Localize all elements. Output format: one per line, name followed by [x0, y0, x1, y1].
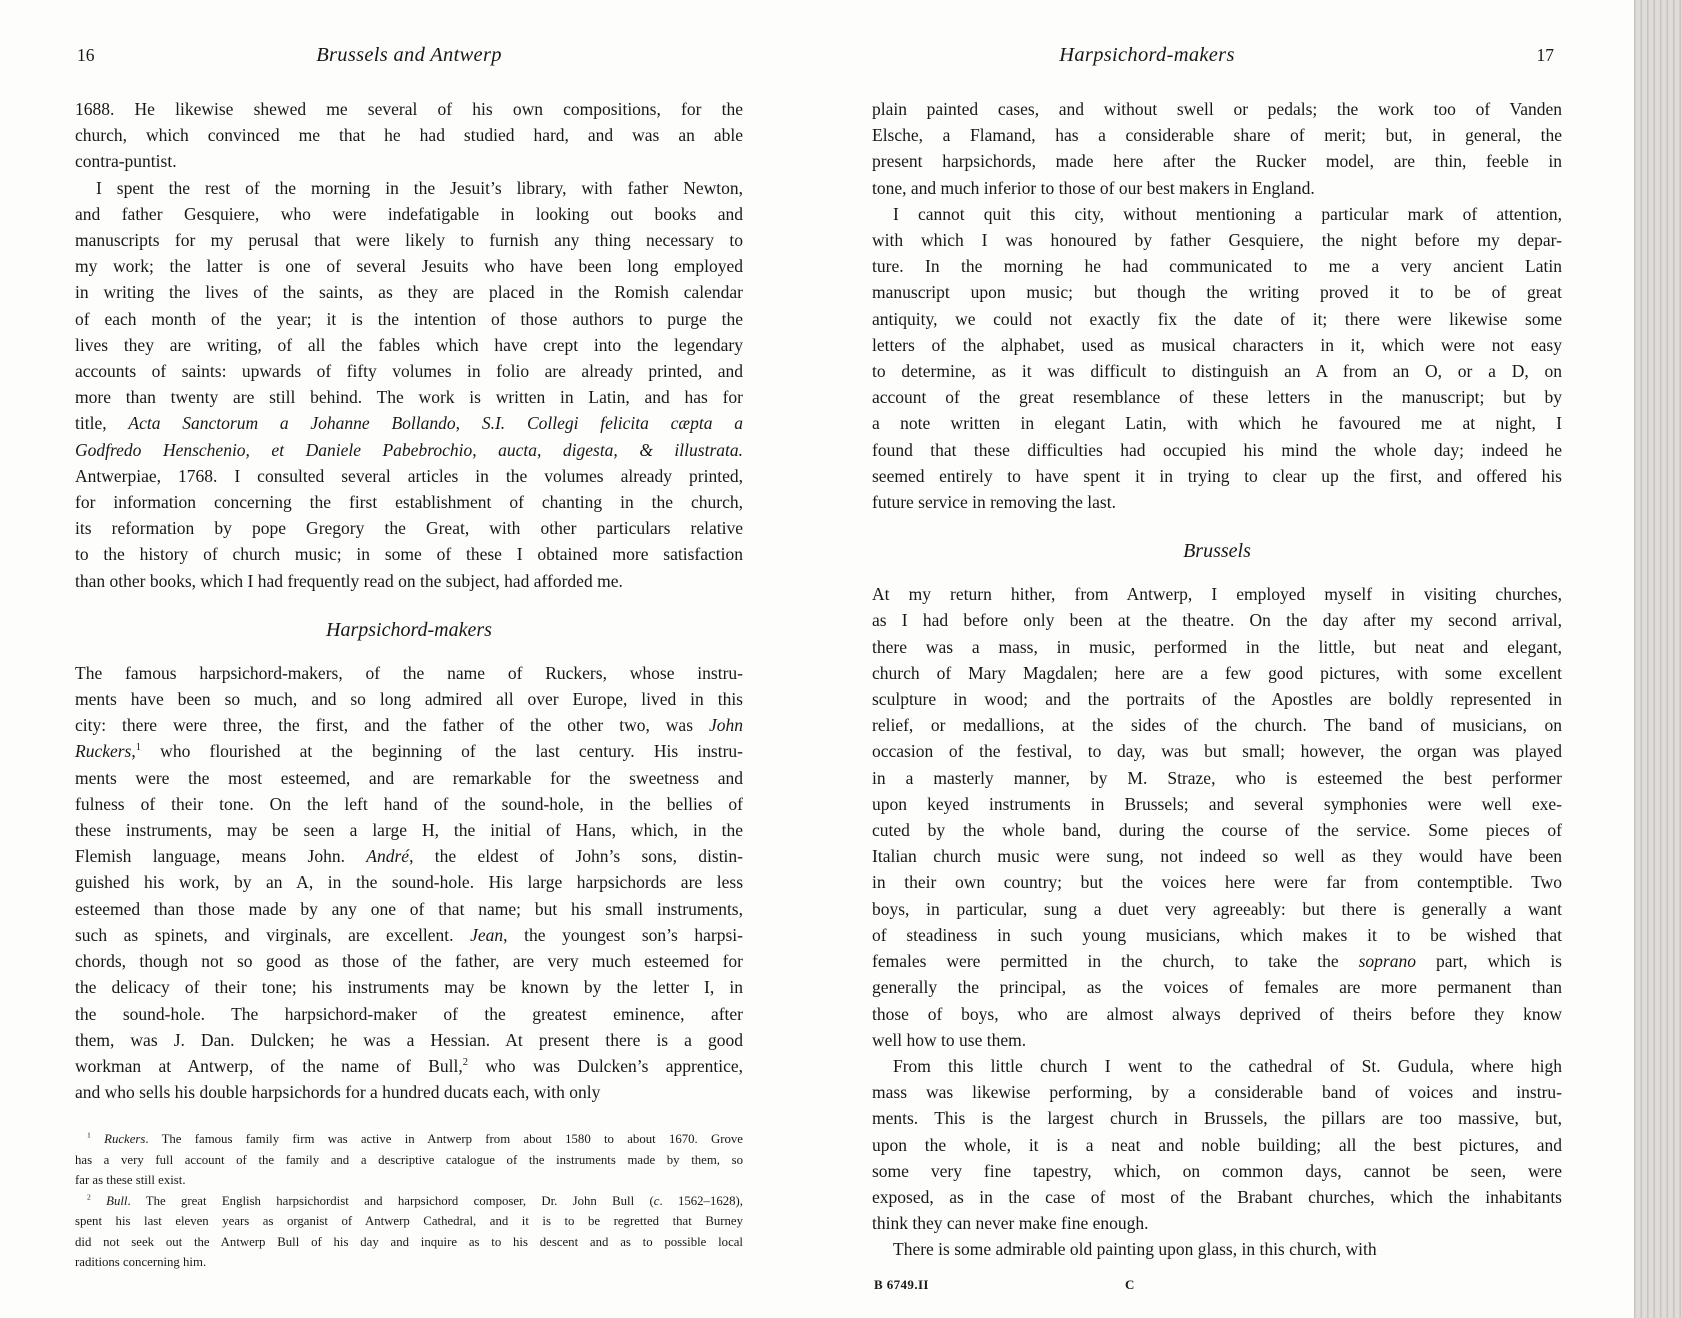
- text-run: them, was J. Dan. Dulcken; he was a Hess…: [75, 1030, 743, 1050]
- page-right: Harpsichord-makers 17 plain painted case…: [872, 44, 1562, 1297]
- text-line: there was a mass, in music, performed in…: [872, 634, 1562, 660]
- running-header-right: Harpsichord-makers: [872, 44, 1562, 67]
- text-run: a note written in elegant Latin, with wh…: [872, 413, 1562, 433]
- text-line: antiquity, we could not exactly fix the …: [872, 306, 1562, 332]
- text-line: cuted by the whole band, during the cour…: [872, 817, 1562, 843]
- text-line: more than twenty are still behind. The w…: [75, 384, 743, 410]
- page-footer: B 6749.II C: [872, 1277, 1562, 1297]
- text-run: far as these still exist.: [75, 1173, 186, 1187]
- text-run: manuscripts for my perusal that were lik…: [75, 230, 743, 250]
- page-edge-stack: [1634, 0, 1682, 1318]
- text-line: chords, though not so good as those of t…: [75, 948, 743, 974]
- text-run: . The famous family firm was active in A…: [145, 1132, 743, 1146]
- text-run: ture. In the morning he had communicated…: [872, 256, 1562, 276]
- text-run: think they can never make fine enough.: [872, 1213, 1149, 1233]
- text-line: found that these difficulties had occupi…: [872, 437, 1562, 463]
- text-run: boys, in particular, sung a duet very ag…: [872, 899, 1562, 919]
- text-run: occasion of the festival, to day, was bu…: [872, 741, 1562, 761]
- text-line: boys, in particular, sung a duet very ag…: [872, 896, 1562, 922]
- text-line: I spent the rest of the morning in the J…: [75, 175, 743, 201]
- text-run: those of boys, who are almost always dep…: [872, 1004, 1562, 1024]
- section-heading: Harpsichord-makers: [75, 616, 743, 644]
- text-run: ments were the most esteemed, and are re…: [75, 768, 743, 788]
- text-run: upon the whole, it is a neat and noble b…: [872, 1135, 1562, 1155]
- text-run: exposed, as in the case of most of the B…: [872, 1187, 1562, 1207]
- text-line: occasion of the festival, to day, was bu…: [872, 738, 1562, 764]
- text-line: well how to use them.: [872, 1027, 1562, 1053]
- text-run: than other books, which I had frequently…: [75, 571, 623, 591]
- text-run: tone, and much inferior to those of our …: [872, 178, 1315, 198]
- text-line: sculpture in wood; and the portraits of …: [872, 686, 1562, 712]
- italic-text: André: [366, 846, 409, 866]
- italic-text: Jean: [470, 925, 503, 945]
- italic-text: Acta Sanctorum a Johanne Bollando, S.I. …: [128, 413, 743, 433]
- text-line: for information concerning the first est…: [75, 489, 743, 515]
- text-line: future service in removing the last.: [872, 489, 1562, 515]
- text-line: esteemed than those made by any one of t…: [75, 896, 743, 922]
- text-run: The famous harpsichord-makers, of the na…: [75, 663, 743, 683]
- text-line: far as these still exist.: [75, 1170, 743, 1191]
- paragraph: plain painted cases, and without swell o…: [872, 96, 1562, 201]
- text-run: title,: [75, 413, 128, 433]
- text-line: did not seek out the Antwerp Bull of his…: [75, 1232, 743, 1253]
- text-run: From this little church I went to the ca…: [893, 1056, 1562, 1076]
- paragraph: I cannot quit this city, without mention…: [872, 201, 1562, 515]
- text-run: did not seek out the Antwerp Bull of his…: [75, 1235, 743, 1249]
- text-line: ture. In the morning he had communicated…: [872, 253, 1562, 279]
- text-run: church of Mary Magdalen; here are a few …: [872, 663, 1562, 683]
- text-run: to the history of church music; in some …: [75, 544, 743, 564]
- text-line: has a very full account of the family an…: [75, 1150, 743, 1171]
- text-run: contra-puntist.: [75, 151, 177, 171]
- text-run: its reformation by pope Gregory the Grea…: [75, 518, 743, 538]
- italic-text: Bull: [106, 1194, 127, 1208]
- text-line: ments have been so much, and so long adm…: [75, 686, 743, 712]
- text-run: who flourished at the beginning of the l…: [141, 741, 743, 761]
- text-run: Antwerpiae, 1768. I consulted several ar…: [75, 466, 743, 486]
- text-line: From this little church I went to the ca…: [872, 1053, 1562, 1079]
- text-run: guished his work, by an A, in the sound-…: [75, 872, 743, 892]
- text-run: as I had before only been at the theatre…: [872, 610, 1562, 630]
- text-line: ments. This is the largest church in Bru…: [872, 1105, 1562, 1131]
- text-line: those of boys, who are almost always dep…: [872, 1001, 1562, 1027]
- text-run: city: there were three, the first, and t…: [75, 715, 709, 735]
- text-line: church of Mary Magdalen; here are a few …: [872, 660, 1562, 686]
- text-run: At my return hither, from Antwerp, I emp…: [872, 584, 1562, 604]
- text-line: my work; the latter is one of several Je…: [75, 253, 743, 279]
- text-run: There is some admirable old painting upo…: [893, 1239, 1377, 1259]
- text-line: upon the whole, it is a neat and noble b…: [872, 1132, 1562, 1158]
- text-run: in their own country; but the voices her…: [872, 872, 1562, 892]
- text-run: ments. This is the largest church in Bru…: [872, 1108, 1562, 1128]
- text-run: fulness of their tone. On the left hand …: [75, 794, 743, 814]
- page-header-left: 16 Brussels and Antwerp: [75, 44, 743, 74]
- text-line: in their own country; but the voices her…: [872, 869, 1562, 895]
- text-run: in a masterly manner, by M. Straze, who …: [872, 768, 1562, 788]
- text-run: [91, 1194, 106, 1208]
- text-line: guished his work, by an A, in the sound-…: [75, 869, 743, 895]
- text-line: 2 Bull. The great English harpsichordist…: [75, 1191, 743, 1212]
- text-run: antiquity, we could not exactly fix the …: [872, 309, 1562, 329]
- text-run: plain painted cases, and without swell o…: [872, 99, 1562, 119]
- text-line: 1 Ruckers. The famous family firm was ac…: [75, 1129, 743, 1150]
- text-run: lives they are writing, of all the fable…: [75, 335, 743, 355]
- text-run: generally the principal, as the voices o…: [872, 977, 1562, 997]
- text-line: There is some admirable old painting upo…: [872, 1236, 1562, 1262]
- text-run: to determine, as it was difficult to dis…: [872, 361, 1562, 381]
- text-run: these instruments, may be seen a large H…: [75, 820, 743, 840]
- text-line: letters of the alphabet, used as musical…: [872, 332, 1562, 358]
- text-run: future service in removing the last.: [872, 492, 1116, 512]
- text-run: workman at Antwerp, of the name of Bull,: [75, 1056, 463, 1076]
- paragraph: There is some admirable old painting upo…: [872, 1236, 1562, 1262]
- paragraph: 1 Ruckers. The famous family firm was ac…: [75, 1129, 743, 1191]
- text-run: and father Gesquiere, who were indefatig…: [75, 204, 743, 224]
- text-run: church, which convinced me that he had s…: [75, 125, 743, 145]
- printer-signature: B 6749.II: [874, 1277, 929, 1293]
- text-run: esteemed than those made by any one of t…: [75, 899, 743, 919]
- text-run: Flemish language, means John.: [75, 846, 366, 866]
- italic-text: Ruckers: [104, 1132, 145, 1146]
- text-line: church, which convinced me that he had s…: [75, 122, 743, 148]
- text-run: manuscript upon music; but though the wr…: [872, 282, 1562, 302]
- paragraph: From this little church I went to the ca…: [872, 1053, 1562, 1236]
- text-run: relief, or medallions, at the sides of t…: [872, 715, 1562, 735]
- italic-text: Godfredo Henschenio, et Daniele Pabebroc…: [75, 440, 743, 460]
- text-run: chords, though not so good as those of t…: [75, 951, 743, 971]
- text-run: mass was likewise performing, by a consi…: [872, 1082, 1562, 1102]
- text-line: in writing the lives of the saints, as t…: [75, 279, 743, 305]
- text-run: well how to use them.: [872, 1030, 1026, 1050]
- text-run: seemed entirely to have spent it in tryi…: [872, 466, 1562, 486]
- text-line: these instruments, may be seen a large H…: [75, 817, 743, 843]
- text-run: upon keyed instruments in Brussels; and …: [872, 794, 1562, 814]
- text-line: of steadiness in such young musicians, w…: [872, 922, 1562, 948]
- text-line: fulness of their tone. On the left hand …: [75, 791, 743, 817]
- text-line: and father Gesquiere, who were indefatig…: [75, 201, 743, 227]
- text-run: the sound-hole. The harpsichord-maker of…: [75, 1004, 743, 1024]
- text-run: account of the great resemblance of thes…: [872, 387, 1562, 407]
- text-run: Elsche, a Flamand, has a considerable sh…: [872, 125, 1562, 145]
- text-run: present harpsichords, made here after th…: [872, 151, 1562, 171]
- paragraph: I spent the rest of the morning in the J…: [75, 175, 743, 594]
- text-run: , the eldest of John’s sons, distin-: [409, 846, 743, 866]
- section-heading: Brussels: [872, 537, 1562, 565]
- text-line: raditions concerning him.: [75, 1252, 743, 1273]
- text-line: present harpsichords, made here after th…: [872, 148, 1562, 174]
- text-line: as I had before only been at the theatre…: [872, 607, 1562, 633]
- text-line: manuscripts for my perusal that were lik…: [75, 227, 743, 253]
- text-line: of each month of the year; it is the int…: [75, 306, 743, 332]
- text-line: seemed entirely to have spent it in tryi…: [872, 463, 1562, 489]
- paragraph: At my return hither, from Antwerp, I emp…: [872, 581, 1562, 1053]
- text-line: them, was J. Dan. Dulcken; he was a Hess…: [75, 1027, 743, 1053]
- text-line: to the history of church music; in some …: [75, 541, 743, 567]
- text-line: some very fine tapestry, which, on commo…: [872, 1158, 1562, 1184]
- footnotes: 1 Ruckers. The famous family firm was ac…: [75, 1129, 743, 1273]
- text-run: and who sells his double harpsichords fo…: [75, 1082, 600, 1102]
- text-line: tone, and much inferior to those of our …: [872, 175, 1562, 201]
- text-run: for information concerning the first est…: [75, 492, 743, 512]
- text-run: , the youngest son’s harpsi-: [503, 925, 743, 945]
- page-left: 16 Brussels and Antwerp 1688. He likewis…: [75, 44, 743, 1273]
- text-line: manuscript upon music; but though the wr…: [872, 279, 1562, 305]
- text-line: Flemish language, means John. André, the…: [75, 843, 743, 869]
- text-line: I cannot quit this city, without mention…: [872, 201, 1562, 227]
- text-run: has a very full account of the family an…: [75, 1153, 743, 1167]
- text-line: a note written in elegant Latin, with wh…: [872, 410, 1562, 436]
- text-line: account of the great resemblance of thes…: [872, 384, 1562, 410]
- text-line: workman at Antwerp, of the name of Bull,…: [75, 1053, 743, 1079]
- italic-text: John: [709, 715, 743, 735]
- text-run: Italian church music were sung, not inde…: [872, 846, 1562, 866]
- page-header-right: Harpsichord-makers 17: [872, 44, 1562, 74]
- paragraph: 1688. He likewise shewed me several of h…: [75, 96, 743, 175]
- text-line: the delicacy of their tone; his instrume…: [75, 974, 743, 1000]
- text-run: I spent the rest of the morning in the J…: [96, 178, 743, 198]
- text-run: found that these difficulties had occupi…: [872, 440, 1562, 460]
- text-line: title, Acta Sanctorum a Johanne Bollando…: [75, 410, 743, 436]
- text-line: relief, or medallions, at the sides of t…: [872, 712, 1562, 738]
- text-line: ments were the most esteemed, and are re…: [75, 765, 743, 791]
- text-run: spent his last eleven years as organist …: [75, 1214, 743, 1228]
- text-line: The famous harpsichord-makers, of the na…: [75, 660, 743, 686]
- text-run: part, which is: [1416, 951, 1562, 971]
- text-line: females were permitted in the church, to…: [872, 948, 1562, 974]
- text-line: Godfredo Henschenio, et Daniele Pabebroc…: [75, 437, 743, 463]
- text-line: Elsche, a Flamand, has a considerable sh…: [872, 122, 1562, 148]
- text-line: Ruckers,1 who flourished at the beginnin…: [75, 738, 743, 764]
- text-run: who was Dulcken’s apprentice,: [468, 1056, 743, 1076]
- text-run: with which I was honoured by father Gesq…: [872, 230, 1562, 250]
- gathering-mark: C: [1125, 1277, 1134, 1293]
- text-run: sculpture in wood; and the portraits of …: [872, 689, 1562, 709]
- text-run: more than twenty are still behind. The w…: [75, 387, 743, 407]
- paragraph: 2 Bull. The great English harpsichordist…: [75, 1191, 743, 1273]
- text-run: letters of the alphabet, used as musical…: [872, 335, 1562, 355]
- paragraph: The famous harpsichord-makers, of the na…: [75, 660, 743, 1105]
- text-line: spent his last eleven years as organist …: [75, 1211, 743, 1232]
- italic-text: soprano: [1359, 951, 1416, 971]
- text-run: I cannot quit this city, without mention…: [893, 204, 1562, 224]
- page-body-left: 1688. He likewise shewed me several of h…: [75, 96, 743, 1105]
- text-line: lives they are writing, of all the fable…: [75, 332, 743, 358]
- text-run: my work; the latter is one of several Je…: [75, 256, 743, 276]
- text-line: accounts of saints: upwards of fifty vol…: [75, 358, 743, 384]
- text-line: Italian church music were sung, not inde…: [872, 843, 1562, 869]
- text-line: Antwerpiae, 1768. I consulted several ar…: [75, 463, 743, 489]
- text-line: upon keyed instruments in Brussels; and …: [872, 791, 1562, 817]
- page-body-right: plain painted cases, and without swell o…: [872, 96, 1562, 1263]
- text-line: in a masterly manner, by M. Straze, who …: [872, 765, 1562, 791]
- text-run: of each month of the year; it is the int…: [75, 309, 743, 329]
- text-line: than other books, which I had frequently…: [75, 568, 743, 594]
- text-run: raditions concerning him.: [75, 1255, 206, 1269]
- text-line: city: there were three, the first, and t…: [75, 712, 743, 738]
- running-header-left: Brussels and Antwerp: [75, 44, 743, 67]
- text-run: accounts of saints: upwards of fifty vol…: [75, 361, 743, 381]
- text-line: contra-puntist.: [75, 148, 743, 174]
- text-line: such as spinets, and virginals, are exce…: [75, 922, 743, 948]
- text-run: of steadiness in such young musicians, w…: [872, 925, 1562, 945]
- text-run: the delicacy of their tone; his instrume…: [75, 977, 743, 997]
- text-run: [91, 1132, 104, 1146]
- text-line: and who sells his double harpsichords fo…: [75, 1079, 743, 1105]
- text-line: generally the principal, as the voices o…: [872, 974, 1562, 1000]
- text-line: its reformation by pope Gregory the Grea…: [75, 515, 743, 541]
- text-run: . 1562–1628),: [659, 1194, 743, 1208]
- text-line: to determine, as it was difficult to dis…: [872, 358, 1562, 384]
- text-line: 1688. He likewise shewed me several of h…: [75, 96, 743, 122]
- text-run: females were permitted in the church, to…: [872, 951, 1359, 971]
- text-line: At my return hither, from Antwerp, I emp…: [872, 581, 1562, 607]
- text-run: some very fine tapestry, which, on commo…: [872, 1161, 1562, 1181]
- text-line: exposed, as in the case of most of the B…: [872, 1184, 1562, 1210]
- text-run: there was a mass, in music, performed in…: [872, 637, 1562, 657]
- italic-text: Ruckers: [75, 741, 131, 761]
- page-number-right: 17: [1537, 45, 1555, 66]
- text-line: plain painted cases, and without swell o…: [872, 96, 1562, 122]
- text-line: think they can never make fine enough.: [872, 1210, 1562, 1236]
- text-run: 1688. He likewise shewed me several of h…: [75, 99, 743, 119]
- text-run: cuted by the whole band, during the cour…: [872, 820, 1562, 840]
- text-line: with which I was honoured by father Gesq…: [872, 227, 1562, 253]
- text-run: in writing the lives of the saints, as t…: [75, 282, 743, 302]
- text-line: the sound-hole. The harpsichord-maker of…: [75, 1001, 743, 1027]
- text-run: such as spinets, and virginals, are exce…: [75, 925, 470, 945]
- text-run: ments have been so much, and so long adm…: [75, 689, 743, 709]
- text-run: . The great English harpsichordist and h…: [127, 1194, 653, 1208]
- text-line: mass was likewise performing, by a consi…: [872, 1079, 1562, 1105]
